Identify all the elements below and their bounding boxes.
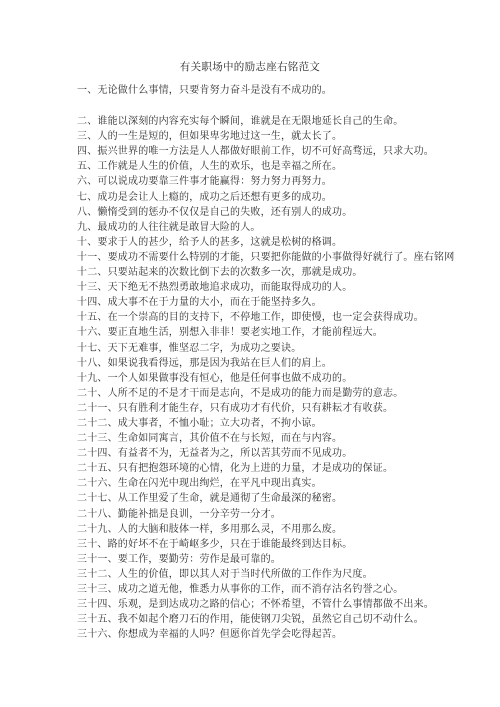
paragraph-line: 二十四、有益者不为，无益者为之，所以苦其劳而不见成功。	[77, 446, 497, 461]
paragraph-line: 二十五、只有把抱怨环境的心情，化为上进的力量，才是成功的保证。	[77, 461, 497, 476]
paragraph-line: 二十、人所不足的不是才干而是志向，不是成功的能力而是勤劳的意志。	[77, 386, 497, 401]
paragraph-line: 三十、路的好坏不在于崎岖多少，只在于谁能最终到达目标。	[77, 537, 497, 552]
paragraph-line: 二十一、只有胜利才能生存，只有成功才有代价，只有耕耘才有收获。	[77, 401, 497, 416]
paragraph-line: 七、成功是会让人上瘾的，成功之后还想有更多的成功。	[77, 190, 497, 205]
paragraph-line: 二十六、生命在闪光中现出绚烂，在平凡中现出真实。	[77, 476, 497, 491]
paragraph-line: 一、无论做什么事情，只要肯努力奋斗是没有不成功的。	[77, 83, 497, 98]
paragraph-line: 二、谁能以深刻的内容充实每个瞬间，谁就是在无限地延长自己的生命。	[77, 114, 497, 129]
paragraph-line: 十七、天下无难事，惟坚忍二字，为成功之要诀。	[77, 341, 497, 356]
paragraph-line: 十八、如果说我看得远，那是因为我站在巨人们的肩上。	[77, 356, 497, 371]
paragraph-line: 三十四、乐观，是到达成功之路的信心；不怀希望，不管什么事情都做不出来。	[77, 597, 497, 612]
paragraph-line: 四、振兴世界的唯一方法是人人都做好眼前工作，切不可好高骛远，只求大功。	[77, 144, 497, 159]
paragraph-line: 三、人的一生是短的，但如果卑劣地过这一生，就太长了。	[77, 129, 497, 144]
document-body: 一、无论做什么事情，只要肯努力奋斗是没有不成功的。 二、谁能以深刻的内容充实每个…	[77, 83, 497, 642]
paragraph-line: 二十三、生命如同寓言，其价值不在与长短，而在与内容。	[77, 431, 497, 446]
paragraph-line: 二十八、勤能补拙是良训，一分辛劳一分才。	[77, 507, 497, 522]
paragraph-line: 五、工作就是人生的价值，人生的欢乐，也是幸福之所在。	[77, 159, 497, 174]
document-title: 有关职场中的励志座右铭范文	[0, 59, 500, 75]
paragraph-line: 十、要求于人的甚少，给予人的甚多，这就是松树的格调。	[77, 235, 497, 250]
paragraph-line: 三十一、要工作，要勤劳：劳作是最可靠的。	[77, 552, 497, 567]
paragraph-line: 二十二、成大事者，不恤小耻；立大功者，不拘小谅。	[77, 416, 497, 431]
paragraph-line: 三十六、你想成为幸福的人吗？但愿你首先学会吃得起苦。	[77, 627, 497, 642]
paragraph-line: 十四、成大事不在于力量的大小，而在于能坚持多久。	[77, 295, 497, 310]
paragraph-line: 十一、要成功不需要什么特别的才能，只要把你能做的小事做得好就行了。座右铭网	[77, 250, 497, 265]
paragraph-line: 三十二、人生的价值，即以其人对于当时代所做的工作作为尺度。	[77, 567, 497, 582]
paragraph-line: 三十五、我不如起个磨刀石的作用，能使钢刀尖锐，虽然它自己切不动什么。	[77, 612, 497, 627]
paragraph-line: 十三、天下绝无不热烈勇敢地追求成功，而能取得成功的人。	[77, 280, 497, 295]
paragraph-line: 十二、只要站起来的次数比倒下去的次数多一次，那就是成功。	[77, 265, 497, 280]
paragraph-line: 六、可以说成功要靠三件事才能赢得：努力努力再努力。	[77, 174, 497, 189]
paragraph-line: 三十三、成功之道无他，惟悉力从事你的工作，而不消存沽名钓誉之心。	[77, 582, 497, 597]
paragraph-line: 二十七、从工作里爱了生命，就是通彻了生命最深的秘密。	[77, 491, 497, 506]
blank-line	[77, 98, 497, 114]
paragraph-line: 二十九、人的大脑和肢体一样，多用那么灵，不用那么废。	[77, 522, 497, 537]
paragraph-line: 十五、在一个崇高的目的支持下，不停地工作，即使慢，也一定会获得成功。	[77, 310, 497, 325]
paragraph-line: 十六、要正直地生活，别想入非非！要老实地工作，才能前程远大。	[77, 325, 497, 340]
paragraph-line: 九、最成功的人往往就是敢冒大险的人。	[77, 220, 497, 235]
paragraph-line: 八、懒惰受到的惩办不仅仅是自己的失败，还有别人的成功。	[77, 205, 497, 220]
document-page: 有关职场中的励志座右铭范文 一、无论做什么事情，只要肯努力奋斗是没有不成功的。 …	[0, 0, 500, 707]
paragraph-line: 十九、一个人如果做事没有恒心，他是任何事也做不成功的。	[77, 371, 497, 386]
